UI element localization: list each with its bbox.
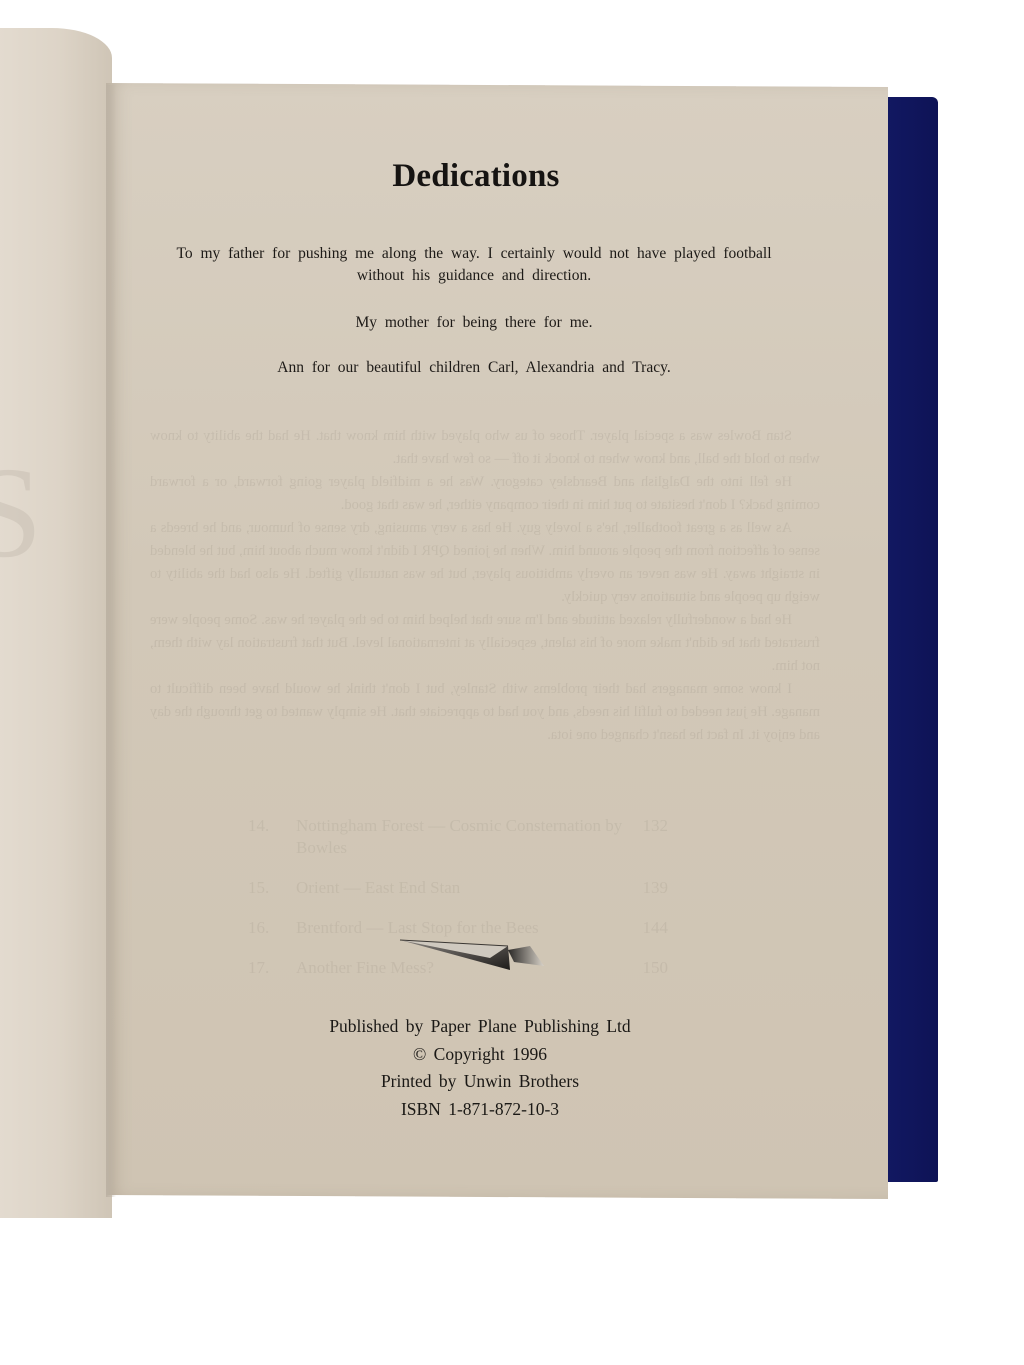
isbn-line: ISBN 1-871-872-10-3 (270, 1096, 690, 1124)
left-page: S (0, 28, 112, 1218)
ghost-paragraph: Stan Bowles was a special player. Those … (150, 425, 820, 471)
toc-page: 139 (628, 877, 668, 899)
toc-number: 16. (248, 917, 296, 939)
copyright-line: © Copyright 1996 (270, 1041, 690, 1069)
toc-number: 17. (248, 957, 296, 979)
page-title: Dedications (106, 158, 846, 195)
toc-title: Nottingham Forest — Cosmic Consternation… (296, 815, 628, 859)
ghost-paragraph: He had a wonderfully relaxed attitude an… (150, 609, 820, 678)
ghost-paragraph: He fell into the Dalglish and Beardsley … (150, 471, 820, 517)
dedication-father: To my father for pushing me along the wa… (166, 243, 782, 287)
toc-row: 15. Orient — East End Stan 139 (248, 877, 668, 899)
dedication-mother: My mother for being there for me. (166, 312, 782, 334)
toc-page: 150 (628, 957, 668, 979)
ghost-paragraph: I know some managers had their problems … (150, 678, 820, 747)
dedication-family: Ann for our beautiful children Carl, Ale… (166, 357, 782, 379)
publisher-line: Published by Paper Plane Publishing Ltd (270, 1013, 690, 1041)
reverse-side-show-through: Stan Bowles was a special player. Those … (150, 425, 820, 747)
toc-number: 14. (248, 815, 296, 859)
ghost-paragraph: As well as a great footballer, he's a lo… (150, 517, 820, 609)
publisher-imprint: Published by Paper Plane Publishing Ltd … (270, 1013, 690, 1123)
toc-page: 132 (628, 815, 668, 859)
paper-plane-icon (398, 934, 544, 972)
toc-row: 14. Nottingham Forest — Cosmic Consterna… (248, 815, 668, 859)
left-page-show-through-glyph: S (0, 438, 42, 588)
toc-number: 15. (248, 877, 296, 899)
page-gutter (106, 85, 116, 1197)
printer-line: Printed by Unwin Brothers (270, 1068, 690, 1096)
toc-page: 144 (628, 917, 668, 939)
toc-title: Orient — East End Stan (296, 877, 628, 899)
